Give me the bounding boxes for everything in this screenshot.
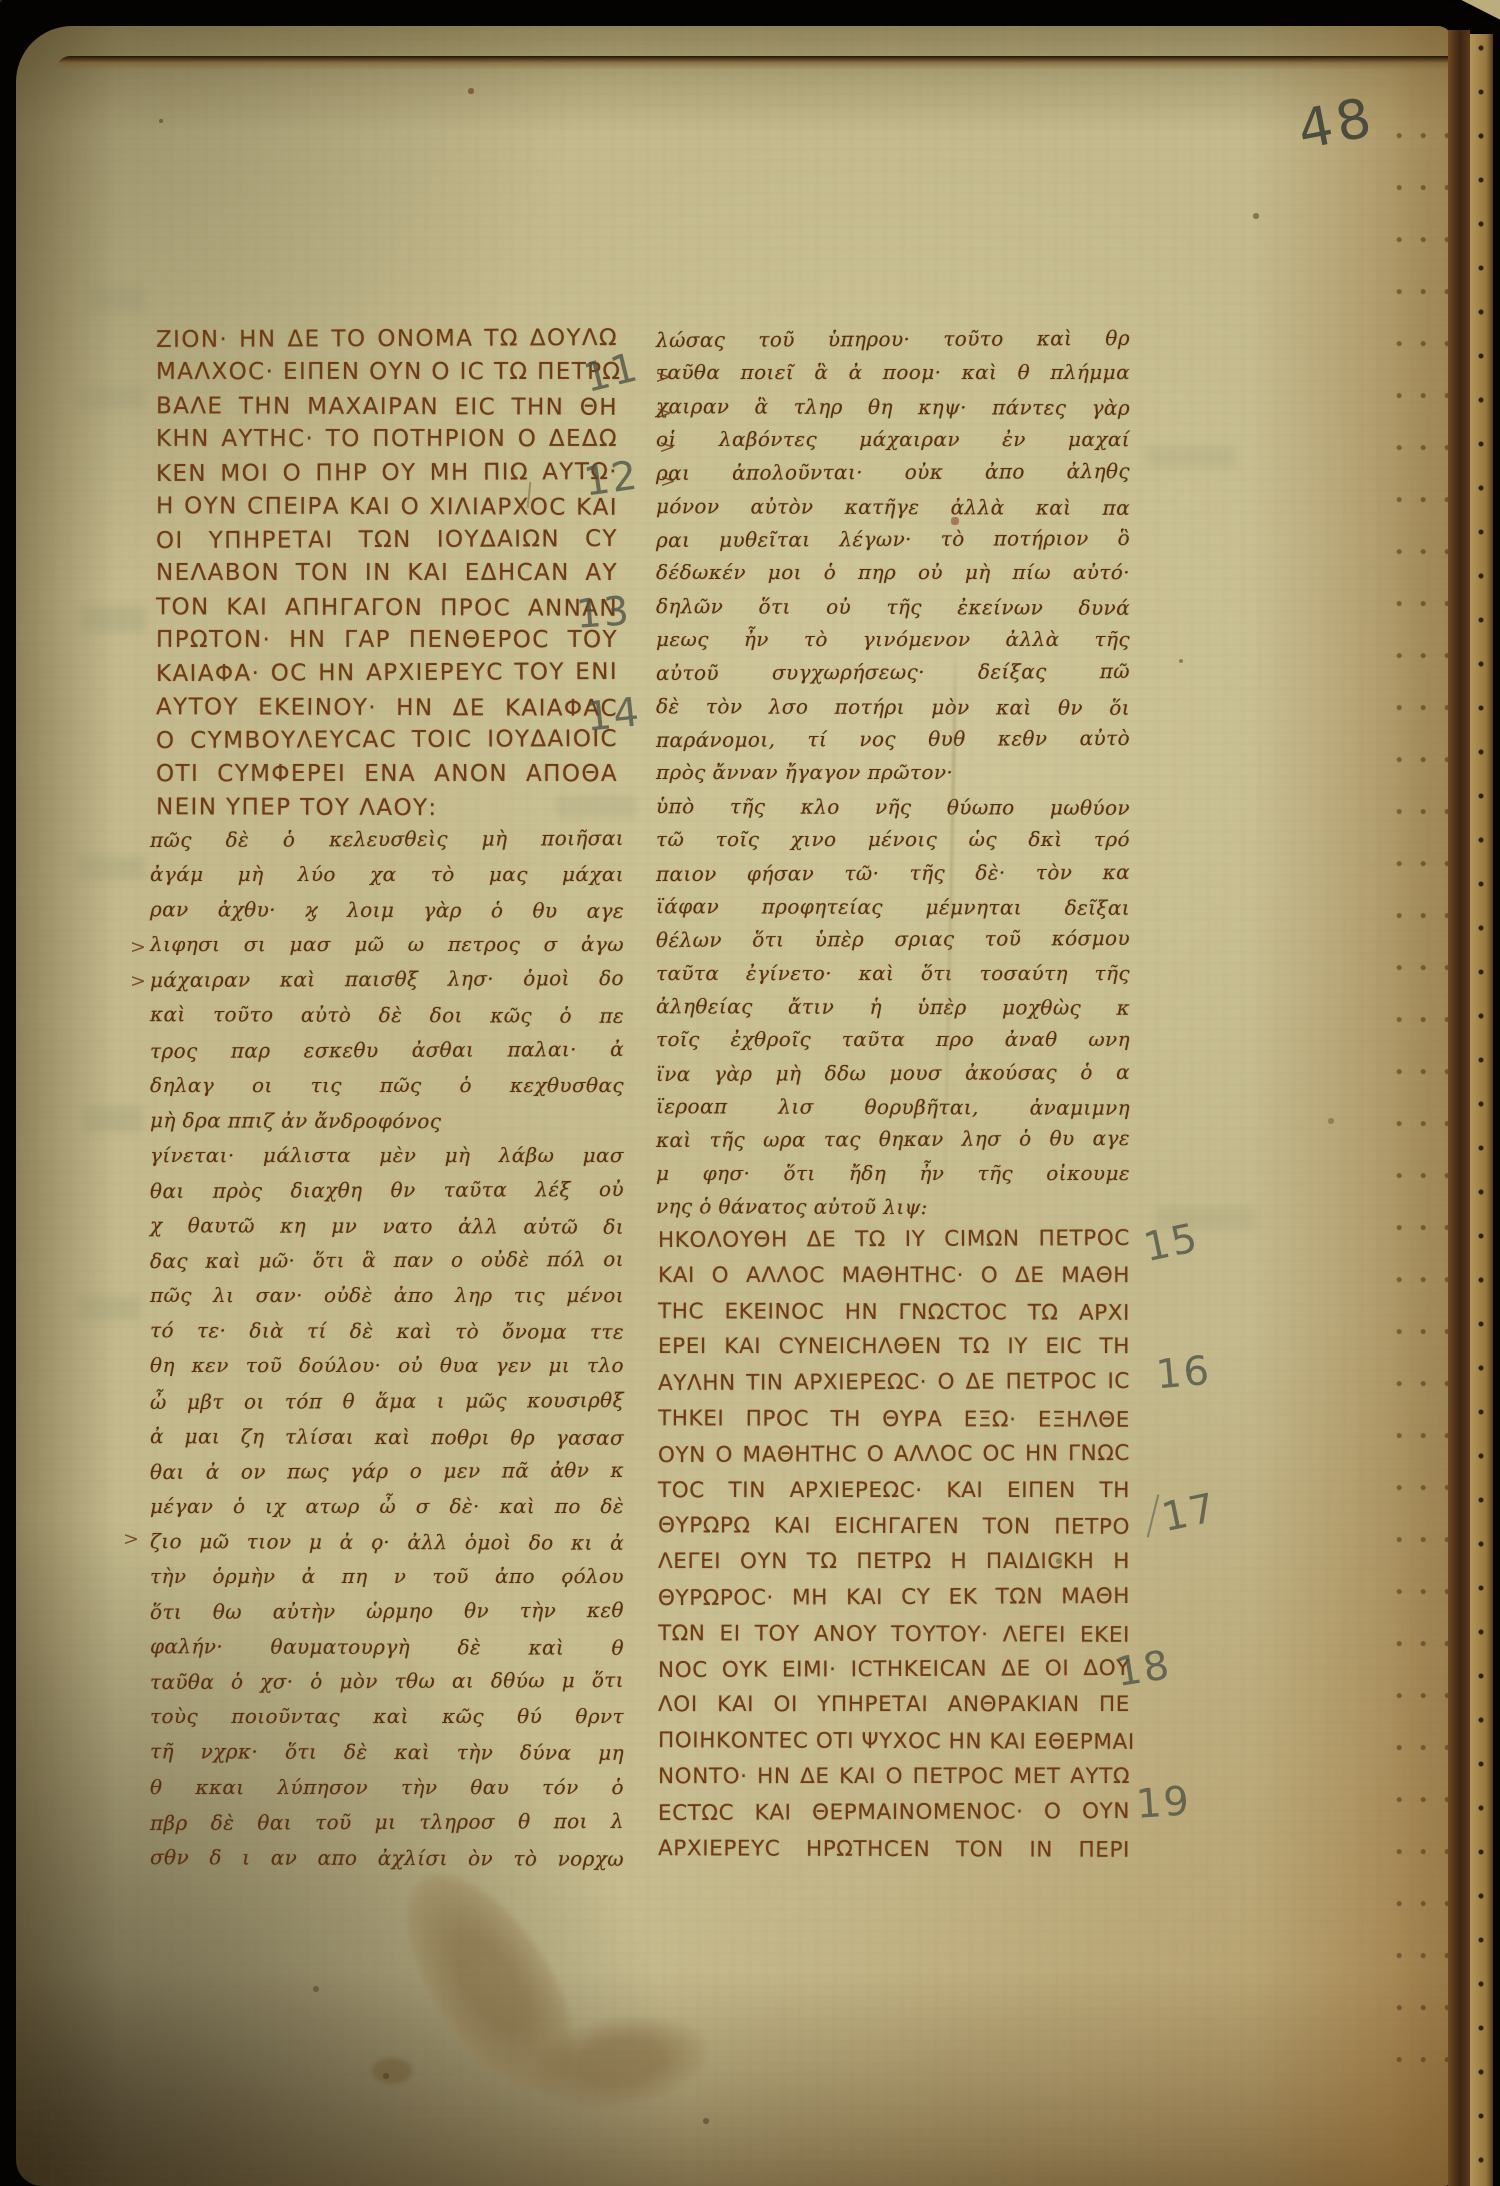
ink-specks: [0, 0, 2, 2]
text-line: ΕΡΕΙ ΚΑΙ ϹΥΝΕΙϹΗΛΘΕΝ ΤΩ ΙΥ ΕΙϹ ΤΗ: [658, 1334, 1130, 1370]
text-line: ἀγάμ μὴ λύο χα τὸ μας μάχαι: [150, 862, 624, 897]
text-line: ταῦθα ποιεῖ ἃ ἀ ποομ· καὶ θ πλήμμα: [656, 360, 1130, 393]
left-column-commentary-text: πῶς δὲ ὁ κελευσθεὶς μὴ ποιῆσαιἀγάμ μὴ λύ…: [150, 827, 624, 1880]
text-line: γίνεται· μάλιστα μὲν μὴ λάβω μασ: [150, 1143, 624, 1178]
text-line: χ θαυτῶ κη μν νατο ἀλλ αὐτῶ δι: [150, 1213, 624, 1250]
text-line: οἱ λαβόντες μάχαιραν ἐν μαχαί: [656, 427, 1130, 460]
text-line: μάχαιραν καὶ παισθξ λησ· ὁμοὶ δο: [150, 966, 624, 1003]
text-line: δηλαγ οι τις πῶς ὁ κεχθυσθας: [150, 1073, 624, 1108]
quotation-mark: >: [130, 936, 146, 958]
text-line: ΟΙ ΥΠΗΡΕΤΑΙ ΤΩΝ ΙΟΥΔΑΙΩΝ ϹΥ: [156, 526, 618, 561]
text-line: ΑΥΛΗΝ ΤΙΝ ΑΡΧΙΕΡΕΩϹ· Ο ΔΕ ΠΕΤΡΟϹ ΙϹ: [658, 1369, 1130, 1407]
left-column-gospel-text: ΖΙΟΝ· ΗΝ ΔΕ ΤΟ ΟΝΟΜΑ ΤΩ ΔΟΥΛΩΜΑΛΧΟϹ· ΕΙΠ…: [156, 326, 618, 828]
text-line: ΤΟΝ ΚΑΙ ΑΠΗΓΑΓΟΝ ΠΡΟϹ ΑΝΝΑΝ: [156, 594, 618, 629]
text-line: πῶς λι σαν· οὐδὲ ἀπο ληρ τις μένοι: [150, 1283, 624, 1318]
text-line: ΜΑΛΧΟϹ· ΕΙΠΕΝ ΟΥΝ Ο ΙϹ ΤΩ ΠΕΤΡΩ: [156, 359, 618, 392]
text-line: ΝΟϹ ΟΥΚ ΕΙΜΙ· ΙϹΤΗΚΕΙϹΑΝ ΔΕ ΟΙ ΔΟΥ: [658, 1656, 1130, 1694]
text-line: ΘΥΡΩΡΟϹ· ΜΗ ΚΑΙ ϹΥ ΕΚ ΤΩΝ ΜΑΘΗ: [658, 1584, 1130, 1622]
text-line: ΚΗΝ ΑΥΤΗϹ· ΤΟ ΠΟΤΗΡΙΟΝ Ο ΔΕΔΩ: [156, 426, 618, 459]
text-line: χαιραν ἃ τληρ θη κηψ· πάντες γὰρ: [656, 394, 1130, 429]
book-edge-shadow: [1493, 0, 1500, 2186]
text-line: ΟΤΙ ϹΥΜΦΕΡΕΙ ΕΝΑ ΑΝΟΝ ΑΠΟΘΑ: [156, 761, 618, 794]
page-edge-groove: [1448, 30, 1470, 2186]
verse-number: 19: [1134, 1778, 1192, 1828]
text-line: σθν δ ι αν απο ἀχλίσι ὸν τὸ νορχω: [150, 1845, 624, 1882]
verse-number: 14: [584, 689, 643, 740]
manuscript-photo: ΖΙΟΝ· ΗΝ ΔΕ ΤΟ ΟΝΟΜΑ ΤΩ ΔΟΥΛΩΜΑΛΧΟϹ· ΕΙΠ…: [0, 0, 1500, 2186]
quotation-mark: >: [656, 402, 672, 424]
text-line: νης ὁ θάνατος αὐτοῦ λιψ:: [656, 1194, 1130, 1229]
text-line: ϊάφαν προφητείας μέμνηται δεῖξαι: [656, 894, 1130, 929]
right-column-gospel-text: ΗΚΟΛΟΥΘΗ ΔΕ ΤΩ ΙΥ ϹΙΜΩΝ ΠΕΤΡΟϹΚΑΙ Ο ΑΛΛΟ…: [658, 1227, 1130, 1871]
text-line: τοὺς ποιοῦντας καὶ κῶς θύ θρντ: [150, 1704, 624, 1739]
text-line: τὴν ὁρμὴν ἀ πη ν τοῦ ἀπο ϙόλου: [150, 1564, 624, 1599]
ink-showthrough: [82, 1106, 142, 1132]
text-line: ΤΩΝ ΕΙ ΤΟΥ ΑΝΟΥ ΤΟΥΤΟΥ· ΛΕΓΕΙ ΕΚΕΙ: [658, 1621, 1130, 1658]
text-line: πβρ δὲ θαι τοῦ μι τληροσ θ ποι λ: [150, 1809, 624, 1846]
text-line: ΖΙΟΝ· ΗΝ ΔΕ ΤΟ ΟΝΟΜΑ ΤΩ ΔΟΥΛΩ: [156, 325, 618, 360]
text-line: ΑΥΤΟΥ ΕΚΕΙΝΟΥ· ΗΝ ΔΕ ΚΑΙΑΦΑϹ: [156, 694, 618, 729]
text-line: θαι ἀ ον πως γάρ ο μεν πᾶ ἀθν κ: [150, 1458, 624, 1495]
quotation-mark: >: [655, 366, 671, 388]
quotation-mark: >: [123, 1528, 139, 1550]
text-line: θη κεν τοῦ δούλου· οὐ θυα γεν μι τλο: [150, 1353, 624, 1388]
text-line: καὶ τῆς ωρα τας θηκαν λησ ὁ θυ αγε: [656, 1126, 1130, 1161]
text-line: θέλων ὅτι ὑπὲρ σριας τοῦ κόσμου: [656, 926, 1130, 961]
text-line: φαλήν· θαυματουργὴ δὲ καὶ θ: [150, 1634, 624, 1671]
text-line: ΚΑΙ Ο ΑΛΛΟϹ ΜΑΘΗΤΗϹ· Ο ΔΕ ΜΑΘΗ: [658, 1263, 1130, 1299]
text-line: ΠΟΙΗΚΟΝΤΕϹ ΟΤΙ ΨΥΧΟϹ ΗΝ ΚΑΙ ΕΘΕΡΜΑΙ: [658, 1728, 1130, 1765]
text-line: ταῦθα ὁ χσ· ὁ μὸν τθω αι δθύω μ ὅτι: [150, 1668, 624, 1705]
quotation-mark: >: [660, 470, 676, 492]
text-line: ραι ἀπολοῦνται· οὐκ ἀπο ἀληθς: [656, 459, 1130, 494]
ink-showthrough: [76, 386, 146, 410]
ink-showthrough: [76, 1296, 140, 1320]
text-line: Ο ϹΥΜΒΟΥΛΕΥϹΑϹ ΤΟΙϹ ΙΟΥΔΑΙΟΙϹ: [156, 726, 618, 761]
verse-number: 18: [1113, 1642, 1174, 1696]
text-line: δέδωκέν μοι ὁ πηρ οὐ μὴ πίω αὐτό·: [656, 560, 1130, 593]
text-line: ϊνα γὰρ μὴ δδω μουσ ἀκούσας ὁ α: [656, 1060, 1130, 1095]
page-top-edge: [56, 56, 1456, 70]
text-line: τῶ τοῖς χινο μένοις ὡς δκὶ τρό: [656, 827, 1130, 860]
text-line: ΚΕΝ ΜΟΙ Ο ΠΗΡ ΟΥ ΜΗ ΠΙΩ ΑΥΤΩ·: [156, 459, 618, 494]
text-line: ζιο μῶ τιον μ ἀ ϙ· ἀλλ ὁμοὶ δο κι ἀ: [150, 1529, 624, 1566]
text-line: ΝΟΝΤΟ· ΗΝ ΔΕ ΚΑΙ Ο ΠΕΤΡΟϹ ΜΕΤ ΑΥΤΩ: [658, 1764, 1130, 1800]
ink-showthrough: [86, 286, 146, 312]
text-line: πρὸς ἄνναν ἤγαγον πρῶτον·: [656, 760, 1130, 793]
text-line: μὴ δρα ππιζ ἀν ἄνδροφόνος: [150, 1108, 624, 1145]
text-line: πῶς δὲ ὁ κελευσθεὶς μὴ ποιῆσαι: [150, 826, 624, 863]
ink-showthrough: [80, 606, 146, 632]
text-line: μόνον αὐτὸν κατῆγε ἀλλὰ καὶ πα: [656, 494, 1130, 529]
text-line: ΑΡΧΙΕΡΕΥϹ ΗΡΩΤΗϹΕΝ ΤΟΝ ΙΝ ΠΕΡΙ: [658, 1836, 1130, 1873]
text-line: μ φησ· ὅτι ἤδη ἦν τῆς οἰκουμε: [656, 1161, 1130, 1194]
ink-showthrough: [1146, 446, 1236, 468]
text-line: ΚΑΙΑΦΑ· ΟϹ ΗΝ ΑΡΧΙΕΡΕΥϹ ΤΟΥ ΕΝΙ: [156, 659, 618, 694]
text-line: ὦ μβτ οι τόπ θ ἅμα ι μῶς κουσιρθξ: [150, 1387, 624, 1424]
text-line: ὑπὸ τῆς κλο νῆς θύωπο μωθύον: [656, 794, 1130, 829]
verse-number: 12: [581, 452, 642, 505]
text-line: ΝΕΙΝ ΥΠΕΡ ΤΟΥ ΛΑΟΥ:: [156, 794, 618, 829]
text-line: δας καὶ μῶ· ὅτι ἃ παν ο οὐδὲ πόλ οι: [150, 1247, 624, 1284]
text-line: ἀ μαι ζη τλίσαι καὶ ποθρι θρ γασασ: [150, 1424, 624, 1461]
text-line: καὶ τοῦτο αὐτὸ δὲ δοι κῶς ὁ πε: [150, 1003, 624, 1040]
text-line: θαι πρὸς διαχθη θν ταῦτα λέξ οὐ: [150, 1177, 624, 1214]
text-line: θ κκαι λύπησον τὴν θαυ τόν ὁ: [150, 1775, 624, 1810]
text-line: ΝΕΛΑΒΟΝ ΤΟΝ ΙΝ ΚΑΙ ΕΔΗϹΑΝ ΑΥ: [156, 560, 618, 593]
text-line: ΗΚΟΛΟΥΘΗ ΔΕ ΤΩ ΙΥ ϹΙΜΩΝ ΠΕΤΡΟϹ: [658, 1226, 1130, 1264]
text-line: ὅτι θω αὐτὴν ὡρμηο θν τὴν κεθ: [150, 1598, 624, 1635]
text-line: ΛΟΙ ΚΑΙ ΟΙ ΥΠΗΡΕΤΑΙ ΑΝΘΡΑΚΙΑΝ ΠΕ: [658, 1692, 1130, 1728]
text-line: μεως ἦν τὸ γινόμενον ἀλλὰ τῆς: [656, 627, 1130, 660]
text-line: ϊεροαπ λισ θορυβῆται, ἀναμιμνη: [656, 1094, 1130, 1129]
text-line: τῆ νχρκ· ὅτι δὲ καὶ τὴν δύνα μη: [150, 1740, 624, 1777]
text-line: μέγαν ὁ ιχ ατωρ ὦ σ δὲ· καὶ πο δὲ: [150, 1494, 624, 1529]
text-line: ἀληθείας ἄτιν ἡ ὑπὲρ μοχθὼς κ: [656, 994, 1130, 1029]
text-line: ΛΕΓΕΙ ΟΥΝ ΤΩ ΠΕΤΡΩ Η ΠΑΙΔΙϹΚΗ Η: [658, 1549, 1130, 1585]
text-line: ΤΟϹ ΤΙΝ ΑΡΧΙΕΡΕΩϹ· ΚΑΙ ΕΙΠΕΝ ΤΗ: [658, 1478, 1130, 1514]
text-line: ραν ἀχθυ· ϗ λοιμ γὰρ ὁ θυ αγε: [150, 897, 624, 934]
text-line: ΤΗΚΕΙ ΠΡΟϹ ΤΗ ΘΥΡΑ ΕΞΩ· ΕΞΗΛΘΕ: [658, 1406, 1130, 1443]
text-line: ταῦτα ἐγίνετο· καὶ ὅτι τοσαύτη τῆς: [656, 961, 1130, 994]
quotation-mark: >: [130, 970, 146, 992]
text-line: λιφησι σι μασ μῶ ω πετρος σ ἀγω: [150, 932, 624, 967]
verse-number: 16: [1154, 1348, 1213, 1399]
text-line: αὐτοῦ συγχωρήσεως· δείξας πῶ: [656, 659, 1130, 694]
text-line: ΤΗϹ ΕΚΕΙΝΟϹ ΗΝ ΓΝΩϹΤΟϹ ΤΩ ΑΡΧΙ: [658, 1299, 1130, 1336]
right-column-commentary-text: λώσας τοῦ ὑπηρου· τοῦτο καὶ θρταῦθα ποιε…: [656, 327, 1130, 1227]
text-line: παιον φήσαν τῶ· τῆς δὲ· τὸν κα: [656, 859, 1130, 894]
quotation-mark: >: [659, 436, 675, 458]
text-line: Η ΟΥΝ ϹΠΕΙΡΑ ΚΑΙ Ο ΧΙΛΙΑΡΧΟϹ ΚΑΙ: [156, 493, 618, 528]
text-line: τρος παρ εσκεθυ ἀσθαι παλαι· ἀ: [150, 1037, 624, 1074]
text-line: τό τε· διὰ τί δὲ καὶ τὸ ὄνομα ττε: [150, 1318, 624, 1355]
text-line: τοῖς ἐχθροῖς ταῦτα προ ἀναθ ωνη: [656, 1027, 1130, 1060]
text-line: ραι μυθεῖται λέγων· τὸ ποτήριον ὃ: [656, 526, 1130, 561]
underlying-page-edge: [1470, 34, 1493, 2186]
text-line: ΒΑΛΕ ΤΗΝ ΜΑΧΑΙΡΑΝ ΕΙϹ ΤΗΝ ΘΗ: [156, 393, 618, 428]
ink-showthrough: [74, 856, 146, 880]
wormhole-speckles: [1392, 120, 1448, 2100]
text-line: λώσας τοῦ ὑπηρου· τοῦτο καὶ θρ: [656, 326, 1130, 361]
text-line: ΠΡΩΤΟΝ· ΗΝ ΓΑΡ ΠΕΝΘΕΡΟϹ ΤΟΥ: [156, 627, 618, 660]
text-line: παράνομοι, τί νος θυθ κεθν αὐτὸ: [656, 726, 1130, 761]
text-line: ΕϹΤΩϹ ΚΑΙ ΘΕΡΜΑΙΝΟΜΕΝΟϹ· Ο ΟΥΝ: [658, 1799, 1130, 1837]
text-line: δὲ τὸν λσο ποτήρι μὸν καὶ θν ὅι: [656, 694, 1130, 729]
text-line: ΘΥΡΩΡΩ ΚΑΙ ΕΙϹΗΓΑΓΕΝ ΤΟΝ ΠΕΤΡΟ: [658, 1514, 1130, 1551]
text-line: δηλῶν ὅτι οὐ τῆς ἐκείνων δυνά: [656, 594, 1130, 629]
verse-number: 13: [574, 588, 632, 638]
text-line: ΟΥΝ Ο ΜΑΘΗΤΗϹ Ο ΑΛΛΟϹ ΟϹ ΗΝ ΓΝΩϹ: [658, 1441, 1130, 1479]
